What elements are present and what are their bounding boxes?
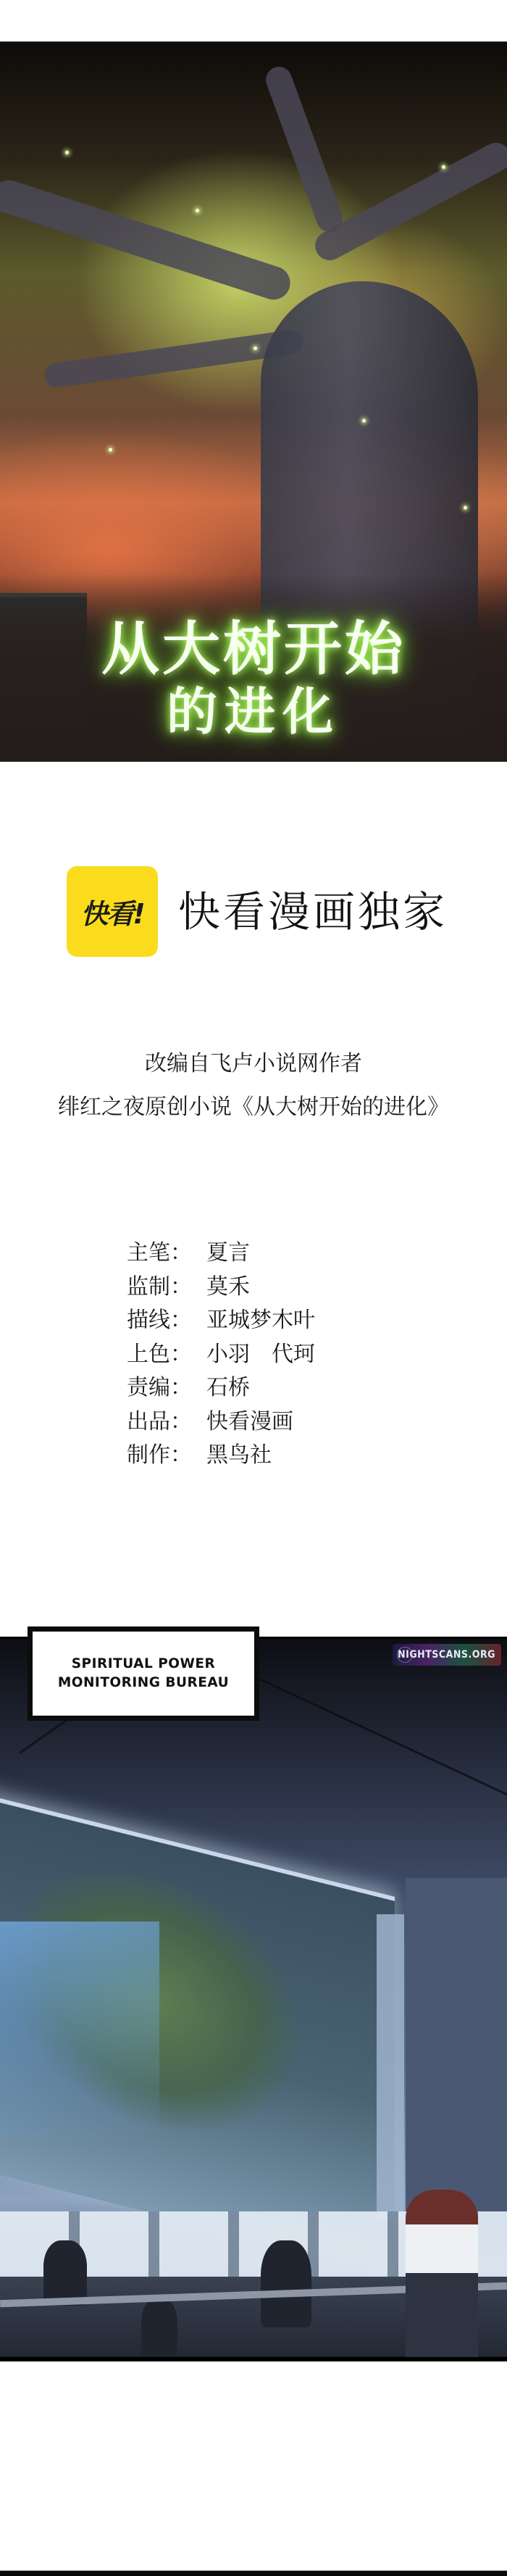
credit-name: 亚城梦木叶 (206, 1304, 315, 1338)
cover-title-line2: 的进化 (0, 685, 507, 739)
operator-figure (43, 2240, 87, 2306)
credit-row: 制作：黑鸟社 (127, 1439, 315, 1473)
source-line-2: 绯红之夜原创小说《从大树开始的进化》 (0, 1086, 507, 1129)
watermark-logo-icon (397, 1647, 413, 1663)
credit-role: 主笔： (127, 1237, 206, 1271)
tree-branch (262, 63, 346, 236)
credit-row: 责编：石桥 (127, 1371, 315, 1405)
credits-list: 主笔：夏言 监制：莫禾 描线：亚城梦木叶 上色：小羽 代珂 责编：石桥 出品：快… (127, 1237, 315, 1473)
source-info: 改编自飞卢小说网作者 绯红之夜原创小说《从大树开始的进化》 (0, 1042, 507, 1129)
tree-branch (310, 138, 507, 265)
credit-role: 出品： (127, 1405, 206, 1439)
credit-name: 黑鸟社 (206, 1439, 272, 1473)
tree-branch (0, 176, 295, 304)
caption-line-1: SPIRITUAL POWER (58, 1655, 229, 1674)
credit-role: 责编： (127, 1371, 206, 1405)
kuaikan-logo-icon: 快看! (67, 866, 158, 957)
standing-woman-figure (406, 2190, 478, 2361)
cover-title-line1: 从大树开始 (0, 618, 507, 679)
comic-panel-monitoring-room (0, 1637, 507, 2361)
sparkle-icon (109, 448, 112, 452)
next-panel-edge (0, 2570, 507, 2576)
credit-name: 快看漫画 (206, 1405, 293, 1439)
credit-role: 上色： (127, 1338, 206, 1372)
credit-name: 小羽 代珂 (206, 1338, 315, 1372)
credit-role: 监制： (127, 1271, 206, 1305)
sparkle-icon (196, 209, 199, 212)
sparkle-icon (464, 506, 467, 510)
credit-row: 主笔：夏言 (127, 1237, 315, 1271)
credit-role: 制作： (127, 1439, 206, 1473)
sparkle-icon (442, 165, 445, 169)
scanlator-watermark: NIGHTSCANS.ORG (393, 1644, 501, 1666)
cover-title-logo: 从大树开始 的进化 (0, 618, 507, 739)
operator-figure (141, 2298, 177, 2356)
credit-row: 上色：小羽 代珂 (127, 1338, 315, 1372)
credit-name: 莫禾 (206, 1271, 250, 1305)
publisher-banner: 快看! 快看漫画独家 (67, 866, 448, 957)
exclusive-label: 快看漫画独家 (178, 891, 448, 933)
source-line-1: 改编自飞卢小说网作者 (0, 1042, 507, 1086)
credit-name: 夏言 (206, 1237, 250, 1271)
caption-line-2: MONITORING BUREAU (58, 1674, 229, 1692)
map-water-area (0, 1921, 159, 2139)
credit-role: 描线： (127, 1304, 206, 1338)
credit-row: 出品：快看漫画 (127, 1405, 315, 1439)
caption-box: SPIRITUAL POWER MONITORING BUREAU (28, 1626, 259, 1721)
credit-name: 石桥 (206, 1371, 250, 1405)
sparkle-icon (65, 151, 69, 154)
cover-illustration: 从大树开始 的进化 (0, 41, 507, 762)
wall-pillar (377, 1914, 404, 2219)
operator-figure (261, 2240, 311, 2327)
credit-row: 监制：莫禾 (127, 1271, 315, 1305)
sparkle-icon (253, 346, 257, 350)
sparkle-icon (362, 419, 366, 423)
logo-text: 快看! (80, 892, 143, 931)
credit-row: 描线：亚城梦木叶 (127, 1304, 315, 1338)
